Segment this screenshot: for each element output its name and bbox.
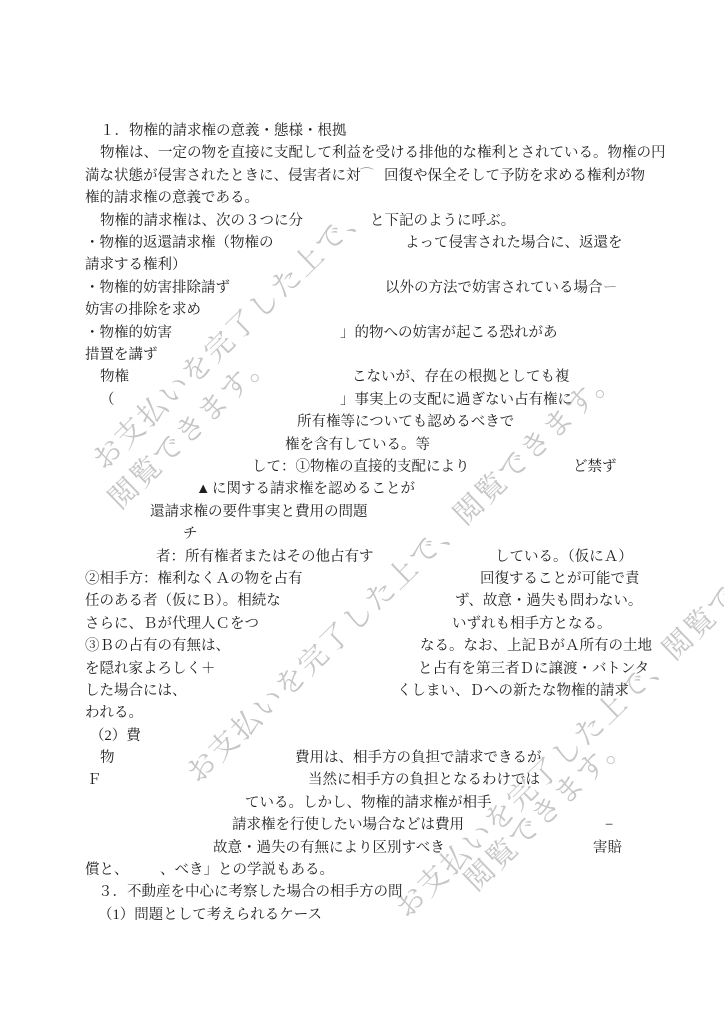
text-line-segment: に関する請求権を認めることが	[212, 481, 415, 498]
text-line-segment: チ	[183, 526, 198, 543]
text-line-segment: した場合には、	[85, 683, 187, 700]
text-line-segment: 償と、	[85, 862, 129, 879]
text-line: （1）問題として考えられるケース	[0, 907, 724, 927]
text-line-segment: ②相手方：権利なくＡの物を占有	[85, 571, 303, 588]
text-line: して：①物権の直接的支配によりど禁ず	[0, 459, 724, 479]
text-line: Ｆ当然に相手方の負担となるわけでは	[0, 772, 724, 792]
text-line: ②相手方：権利なくＡの物を占有回復することが可能で責	[0, 571, 724, 591]
text-line-segment: ・物権的妨害	[85, 325, 172, 342]
text-line: 権的請求権の意義である。	[0, 190, 724, 210]
text-line-segment: 請求する権利）	[85, 257, 187, 274]
text-line-segment: ・物権的妨害排除請ず	[85, 280, 230, 297]
text-line: ・物権的返還請求権（物権のよって侵害された場合に、返還を	[0, 235, 724, 255]
text-line-segment: ③Ｂの占有の有無は、	[85, 638, 230, 655]
text-line-segment: （1）問題として考えられるケース	[98, 907, 322, 924]
text-line: １．物権的請求権の意義・態様・根拠	[0, 123, 724, 143]
text-line-segment: Ｆ	[87, 772, 102, 789]
text-line: 請求権を行使したい場合などは費用−	[0, 817, 724, 837]
text-line: 故意・過失の有無により区別すべき害賠	[0, 840, 724, 860]
text-line-segment: さらに、Ｂが代理人Ｃをつ	[85, 616, 259, 633]
text-line-segment: 権を含有している。等	[285, 437, 430, 454]
text-line-segment: ず、故意・過失も問わない。	[455, 593, 642, 610]
text-line: （」事実上の支配に過ぎない占有権に	[0, 392, 724, 412]
text-line: 妨害の排除を求め	[0, 302, 724, 322]
text-line: ３．不動産を中心に考察した場合の相手方の問	[0, 884, 724, 904]
text-line: 物権は、一定の物を直接に支配して利益を受ける排他的な権利とされている。物権の円	[0, 145, 724, 165]
text-line: 権を含有している。等	[0, 437, 724, 457]
text-line: した場合には、くしまい、Ｄへの新たな物権的請求	[0, 683, 724, 703]
text-line: を隠れ家よろしく＋と占有を第三者Ｄに譲渡・バトンタ	[0, 661, 724, 681]
text-line: 償と、、べき」との学説もある。	[0, 862, 724, 882]
text-line: ・物権的妨害排除請ず以外の方法で妨害されている場合’ー	[0, 280, 724, 300]
text-line-segment: 物権	[100, 369, 129, 386]
text-line-segment: １．物権的請求権の意義・態様・根拠	[100, 123, 347, 140]
text-line-segment: 当然に相手方の負担となるわけでは	[308, 772, 540, 789]
text-line-segment: 、べき」との学説もある。	[160, 862, 334, 879]
text-line-segment: 所有権等についても認めるべきで	[297, 414, 514, 431]
text-line: 満な状態が侵害されたときに、侵害者に対’ ⌒回復や保全そして予防を求める権利が物	[0, 168, 724, 188]
text-line-segment: くしまい、Ｄへの新たな物権的請求	[397, 683, 629, 700]
text-line: 請求する権利）	[0, 257, 724, 277]
text-line: 所有権等についても認めるべきで	[0, 414, 724, 434]
text-line-segment: いずれも相手方となる。	[452, 616, 612, 633]
text-line-segment: ’ー	[598, 280, 617, 297]
text-line: 物権的請求権は、次の３つに分と下記のように呼ぶ。	[0, 213, 724, 233]
text-line-segment: 物権は、一定の物を直接に支配して利益を受ける排他的な権利とされている。物権の円	[100, 145, 666, 162]
text-line-segment: 」事実上の支配に過ぎない占有権に	[340, 392, 572, 409]
text-line-segment: 還請求権の要件事実と費用の問題	[150, 504, 368, 521]
text-line-segment: 害賠	[593, 840, 622, 857]
text-line: ▲に関する請求権を認めることが	[0, 481, 724, 501]
text-line-segment: 費用は、相手方の負担で請求できるが	[295, 750, 542, 767]
text-line: ・物権的妨害」的物への妨害が起こる恐れがあ	[0, 325, 724, 345]
text-line: ③Ｂの占有の有無は、なる。なお、上記ＢがＡ所有の土地	[0, 638, 724, 658]
text-line-segment: 回復や保全そして予防を求める権利が物	[384, 168, 645, 185]
text-line-segment: 以外の方法で妨害されている場合	[385, 280, 603, 297]
text-line-segment: 権的請求権の意義である。	[85, 190, 259, 207]
text-line-segment: なる。なお、上記ＢがＡ所有の土地	[420, 638, 652, 655]
text-line-segment: ▲	[196, 481, 210, 498]
text-line: 物費用は、相手方の負担で請求できるが	[0, 750, 724, 770]
text-line-segment: ・物権的返還請求権（物権の	[85, 235, 274, 252]
text-line-segment: ３．不動産を中心に考察した場合の相手方の問	[98, 884, 403, 901]
text-line-segment: して：①物権の直接的支配により	[252, 459, 470, 476]
text-line-segment: よって侵害された場合に、返還を	[405, 235, 623, 252]
text-line-segment: ど禁ず	[573, 459, 617, 476]
text-line-segment: と占有を第三者Ｄに譲渡・バトンタ	[418, 661, 649, 678]
text-line: チ	[0, 526, 724, 546]
text-line-segment: ている。しかし、物権的請求権が相手	[245, 795, 492, 812]
text-line-segment: 満な状態が侵害されたときに、侵害者に対	[85, 168, 361, 185]
text-line-segment: ’ ⌒	[352, 168, 374, 185]
text-line: （2）費	[0, 728, 724, 748]
text-line-segment: 物権的請求権は、次の３つに分	[100, 213, 303, 230]
text-line-segment: われる。	[85, 705, 143, 722]
text-line-segment: 妨害の排除を求め	[85, 302, 201, 319]
text-line: 任のある者（仮にＢ）。相続なず、故意・過失も問わない。	[0, 593, 724, 613]
text-line-segment: 措置を講ず	[85, 347, 158, 364]
text-line-segment: （	[100, 392, 115, 409]
text-line-segment: 回復することが可能で責	[480, 571, 640, 588]
text-line: 措置を講ず	[0, 347, 724, 367]
text-line-segment: 故意・過失の有無により区別すべき	[213, 840, 445, 857]
text-line-segment: −	[605, 817, 613, 834]
text-line-segment: 任のある者（仮にＢ）。相続な	[85, 593, 281, 610]
text-line: 物権こないが、存在の根拠としても複	[0, 369, 724, 389]
text-line-segment: 者：所有権者またはその他占有す	[156, 549, 374, 566]
text-line-segment: 請求権を行使したい場合などは費用	[232, 817, 464, 834]
text-line-segment: している。（仮にＡ）	[495, 549, 633, 566]
text-line-segment: （2）費	[90, 728, 141, 745]
text-layer: １．物権的請求権の意義・態様・根拠物権は、一定の物を直接に支配して利益を受ける排…	[0, 0, 724, 1024]
text-line: われる。	[0, 705, 724, 725]
text-line: ている。しかし、物権的請求権が相手	[0, 795, 724, 815]
text-line-segment: を隠れ家よろしく＋	[85, 661, 216, 678]
text-line: 者：所有権者またはその他占有すしている。（仮にＡ）	[0, 549, 724, 569]
text-line: 還請求権の要件事実と費用の問題	[0, 504, 724, 524]
text-line: さらに、Ｂが代理人Ｃをついずれも相手方となる。	[0, 616, 724, 636]
document-page: お支払いを完了した上で、閲覧できます。お支払いを完了した上で、閲覧できます。お支…	[0, 0, 724, 1024]
text-line-segment: 」的物への妨害が起こる恐れがあ	[340, 325, 558, 342]
text-line-segment: 物	[100, 750, 115, 767]
text-line-segment: と下記のように呼ぶ。	[370, 213, 515, 230]
text-line-segment: こないが、存在の根拠としても複	[352, 369, 570, 386]
